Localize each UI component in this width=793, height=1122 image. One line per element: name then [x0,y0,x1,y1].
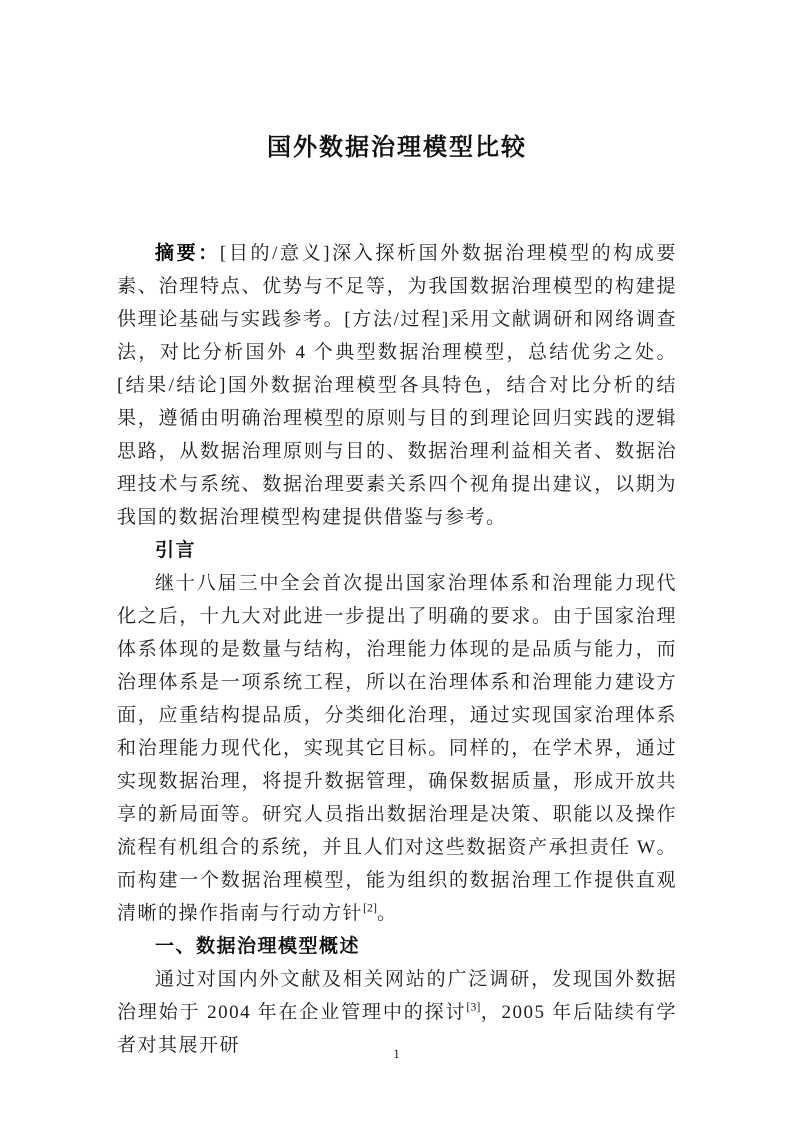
abstract-text: [目的/意义]深入探析国外数据治理模型的构成要素、治理特点、优势与不足等，为我国… [117,243,677,528]
document-page: 国外数据治理模型比较 摘要：[目的/意义]深入探析国外数据治理模型的构成要素、治… [0,0,793,1122]
page-number: 1 [0,1046,793,1062]
abstract-paragraph: 摘要：[目的/意义]深入探析国外数据治理模型的构成要素、治理特点、优势与不足等，… [117,237,677,534]
introduction-paragraph: 继十八届三中全会首次提出国家治理体系和治理能力现代化之后，十九大对此进一步提出了… [117,567,677,930]
page-title: 国外数据治理模型比较 [117,0,677,165]
page-content: 国外数据治理模型比较 摘要：[目的/意义]深入探析国外数据治理模型的构成要素、治… [117,0,677,1062]
abstract-label: 摘要： [155,243,220,264]
section-heading-introduction: 引言 [117,534,677,567]
section-heading-1-overview: 一、数据治理模型概述 [117,930,677,963]
introduction-text-tail: 。 [377,903,398,924]
citation-2-superscript: [2] [363,901,377,915]
introduction-text: 继十八届三中全会首次提出国家治理体系和治理能力现代化之后，十九大对此进一步提出了… [117,573,677,924]
citation-3-superscript: [3] [466,1000,480,1014]
